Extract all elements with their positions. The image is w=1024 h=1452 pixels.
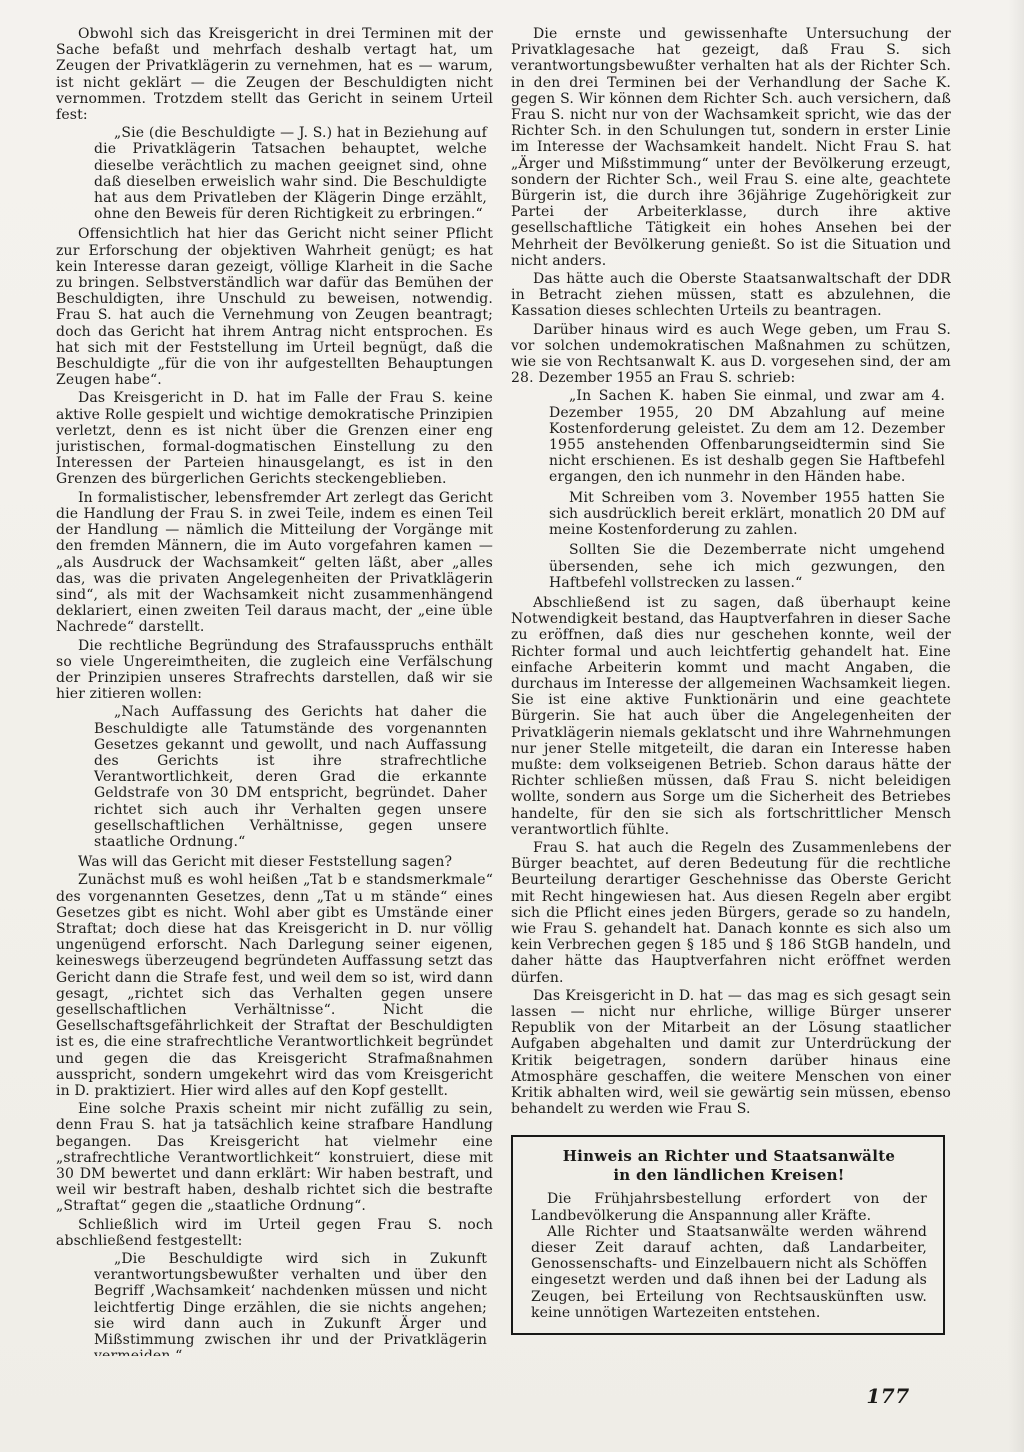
- paragraph: Das Kreisgericht in D. hat im Falle der …: [56, 390, 493, 487]
- notice-box-paragraph: Alle Richter und Staatsanwälte werden wä…: [531, 1224, 927, 1321]
- paragraph: Frau S. hat auch die Regeln des Zusammen…: [511, 840, 951, 986]
- paragraph: Schließlich wird im Urteil gegen Frau S.…: [56, 1217, 493, 1249]
- block-quote: Sollten Sie die Dezemberrate nicht umgeh…: [549, 542, 945, 591]
- paragraph: Das Kreisgericht in D. hat — das mag es …: [511, 988, 951, 1118]
- block-quote: Mit Schreiben vom 3. November 1955 hatte…: [549, 490, 945, 539]
- paragraph: In formalistischer, lebensfremder Art ze…: [56, 490, 493, 636]
- block-quote: „Die Beschuldigte wird sich in Zukunft v…: [94, 1251, 487, 1356]
- paragraph: Abschließend ist zu sagen, daß überhaupt…: [511, 595, 951, 838]
- notice-box-title: Hinweis an Richter und Staatsanwälte in …: [531, 1147, 927, 1185]
- paragraph: Offensichtlich hat hier das Gericht nich…: [56, 226, 493, 388]
- paragraph: Die ernste und gewissenhafte Untersuchun…: [511, 26, 951, 269]
- notice-box-title-line1: Hinweis an Richter und Staatsanwälte: [563, 1147, 896, 1165]
- scanned-journal-page: { "page_number": "177", "left_column": {…: [0, 0, 1024, 1452]
- paragraph: Darüber hinaus wird es auch Wege geben, …: [511, 322, 951, 387]
- block-quote: „Nach Auffassung des Gerichts hat daher …: [94, 704, 487, 850]
- paragraph: Das hätte auch die Oberste Staatsanwalts…: [511, 271, 951, 320]
- scan-edge-shadow: [1008, 0, 1024, 1452]
- block-quote: „Sie (die Beschuldigte — J. S.) hat in B…: [94, 125, 487, 222]
- notice-box-paragraph: Die Frühjahrsbestellung erfordert von de…: [531, 1191, 927, 1223]
- block-quote: „In Sachen K. haben Sie einmal, und zwar…: [549, 388, 945, 485]
- notice-box-title-line2: in den ländlichen Kreisen!: [613, 1166, 844, 1184]
- paragraph: Zunächst muß es wohl heißen „Tat b e sta…: [56, 872, 493, 1099]
- paragraph: Die rechtliche Begründung des Strafaussp…: [56, 638, 493, 703]
- notice-box: Hinweis an Richter und Staatsanwälte in …: [511, 1135, 945, 1335]
- paragraph: Was will das Gericht mit dieser Feststel…: [56, 854, 493, 870]
- paragraph: Obwohl sich das Kreisgericht in drei Ter…: [56, 26, 493, 123]
- page-number: 177: [858, 1384, 918, 1408]
- right-column: Die ernste und gewissenhafte Untersuchun…: [511, 26, 951, 1386]
- paragraph: Eine solche Praxis scheint mir nicht zuf…: [56, 1101, 493, 1214]
- left-column: Obwohl sich das Kreisgericht in drei Ter…: [56, 26, 493, 1356]
